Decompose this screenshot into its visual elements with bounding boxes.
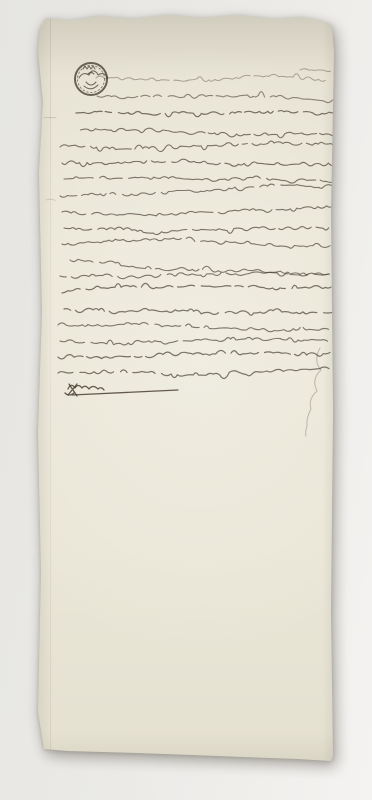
photo-backdrop [0, 0, 372, 800]
handwritten-line [58, 367, 329, 379]
handwritten-line [62, 283, 331, 293]
handwritten-line [60, 337, 328, 345]
manuscript-document [38, 12, 334, 762]
handwritten-line [300, 69, 331, 72]
handwritten-line [62, 237, 330, 248]
handwritten-line [58, 323, 329, 332]
rubric-stroke [65, 390, 178, 395]
seal-emblem-stroke [84, 85, 98, 89]
handwritten-line [46, 199, 55, 200]
handwritten-line [81, 128, 333, 138]
handwritten-line [64, 176, 334, 183]
ink-stamp-seal [75, 63, 108, 95]
handwritten-line [60, 272, 329, 279]
handwritten-text-block [44, 69, 334, 379]
handwritten-line [96, 74, 325, 82]
seal-emblem-stroke [86, 82, 96, 85]
right-margin-flourish [306, 348, 321, 436]
handwritten-line [64, 227, 329, 235]
handwritten-line [64, 308, 333, 315]
handwritten-line [62, 159, 334, 166]
seal-emblem-stroke [88, 73, 94, 75]
manuscript-page [38, 12, 334, 762]
handwritten-line [58, 350, 330, 358]
handwritten-line [60, 141, 334, 151]
handwritten-line [70, 259, 330, 275]
handwritten-line [44, 117, 56, 118]
handwritten-line [60, 184, 334, 197]
handwritten-line [97, 92, 333, 103]
signature-rubric [65, 384, 178, 396]
handwritten-line [76, 111, 334, 117]
handwritten-line [62, 205, 334, 216]
ink-layer [38, 12, 334, 762]
